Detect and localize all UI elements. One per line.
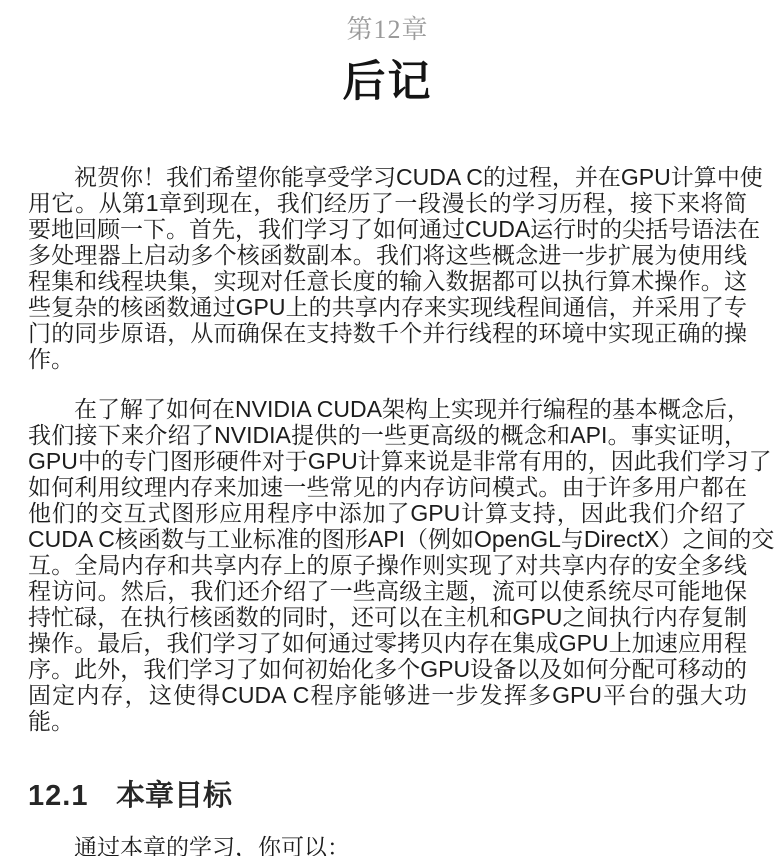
text-line: 作。 xyxy=(28,346,747,372)
text-line: 祝贺你！我们希望你能享受学习CUDA C的过程，并在GPU计算中使 xyxy=(28,164,747,190)
text-line: 在了解了如何在NVIDIA CUDA架构上实现并行编程的基本概念后， xyxy=(28,396,747,422)
goal-intro-line: 通过本章的学习，你可以： xyxy=(28,834,747,856)
text-line: 些复杂的核函数通过GPU上的共享内存来实现线程间通信，并采用了专 xyxy=(28,294,747,320)
text-line: 程集和线程块集，实现对任意长度的输入数据都可以执行算术操作。这 xyxy=(28,268,747,294)
section-heading: 12.1本章目标 xyxy=(28,776,747,816)
chapter-number-label: 第12章 xyxy=(28,13,747,47)
goal-intro-paragraph: 通过本章的学习，你可以： xyxy=(28,834,747,856)
text-line: 用它。从第1章到现在，我们经历了一段漫长的学习历程，接下来将简 xyxy=(28,190,747,216)
book-page: 第12章 后记 祝贺你！我们希望你能享受学习CUDA C的过程，并在GPU计算中… xyxy=(0,0,775,856)
section-number: 12.1 xyxy=(28,780,88,812)
paragraph-recap-part1: 祝贺你！我们希望你能享受学习CUDA C的过程，并在GPU计算中使用它。从第1章… xyxy=(28,164,747,372)
text-line: GPU中的专门图形硬件对于GPU计算来说是非常有用的，因此我们学习了 xyxy=(28,448,747,474)
text-line: 要地回顾一下。首先，我们学习了如何通过CUDA运行时的尖括号语法在 xyxy=(28,216,747,242)
text-line: 多处理器上启动多个核函数副本。我们将这些概念进一步扩展为使用线 xyxy=(28,242,747,268)
text-line: 操作。最后，我们学习了如何通过零拷贝内存在集成GPU上加速应用程 xyxy=(28,630,747,656)
text-line: 我们接下来介绍了NVIDIA提供的一些更高级的概念和API。事实证明， xyxy=(28,422,747,448)
text-line: 门的同步原语，从而确保在支持数千个并行线程的环境中实现正确的操 xyxy=(28,320,747,346)
text-line: 持忙碌，在执行核函数的同时，还可以在主机和GPU之间执行内存复制 xyxy=(28,604,747,630)
text-line: CUDA C核函数与工业标准的图形API（例如OpenGL与DirectX）之间… xyxy=(28,526,747,552)
text-line: 他们的交互式图形应用程序中添加了GPU计算支持，因此我们介绍了 xyxy=(28,500,747,526)
text-line: 程访问。然后，我们还介绍了一些高级主题，流可以使系统尽可能地保 xyxy=(28,578,747,604)
text-line: 固定内存，这使得CUDA C程序能够进一步发挥多GPU平台的强大功能。 xyxy=(28,682,747,734)
section-title: 本章目标 xyxy=(116,780,232,812)
text-line: 序。此外，我们学习了如何初始化多个GPU设备以及如何分配可移动的 xyxy=(28,656,747,682)
text-line: 互。全局内存和共享内存上的原子操作则实现了对共享内存的安全多线 xyxy=(28,552,747,578)
text-line: 如何利用纹理内存来加速一些常见的内存访问模式。由于许多用户都在 xyxy=(28,474,747,500)
paragraph-recap-part2: 在了解了如何在NVIDIA CUDA架构上实现并行编程的基本概念后，我们接下来介… xyxy=(28,396,747,734)
chapter-title: 后记 xyxy=(28,57,747,107)
